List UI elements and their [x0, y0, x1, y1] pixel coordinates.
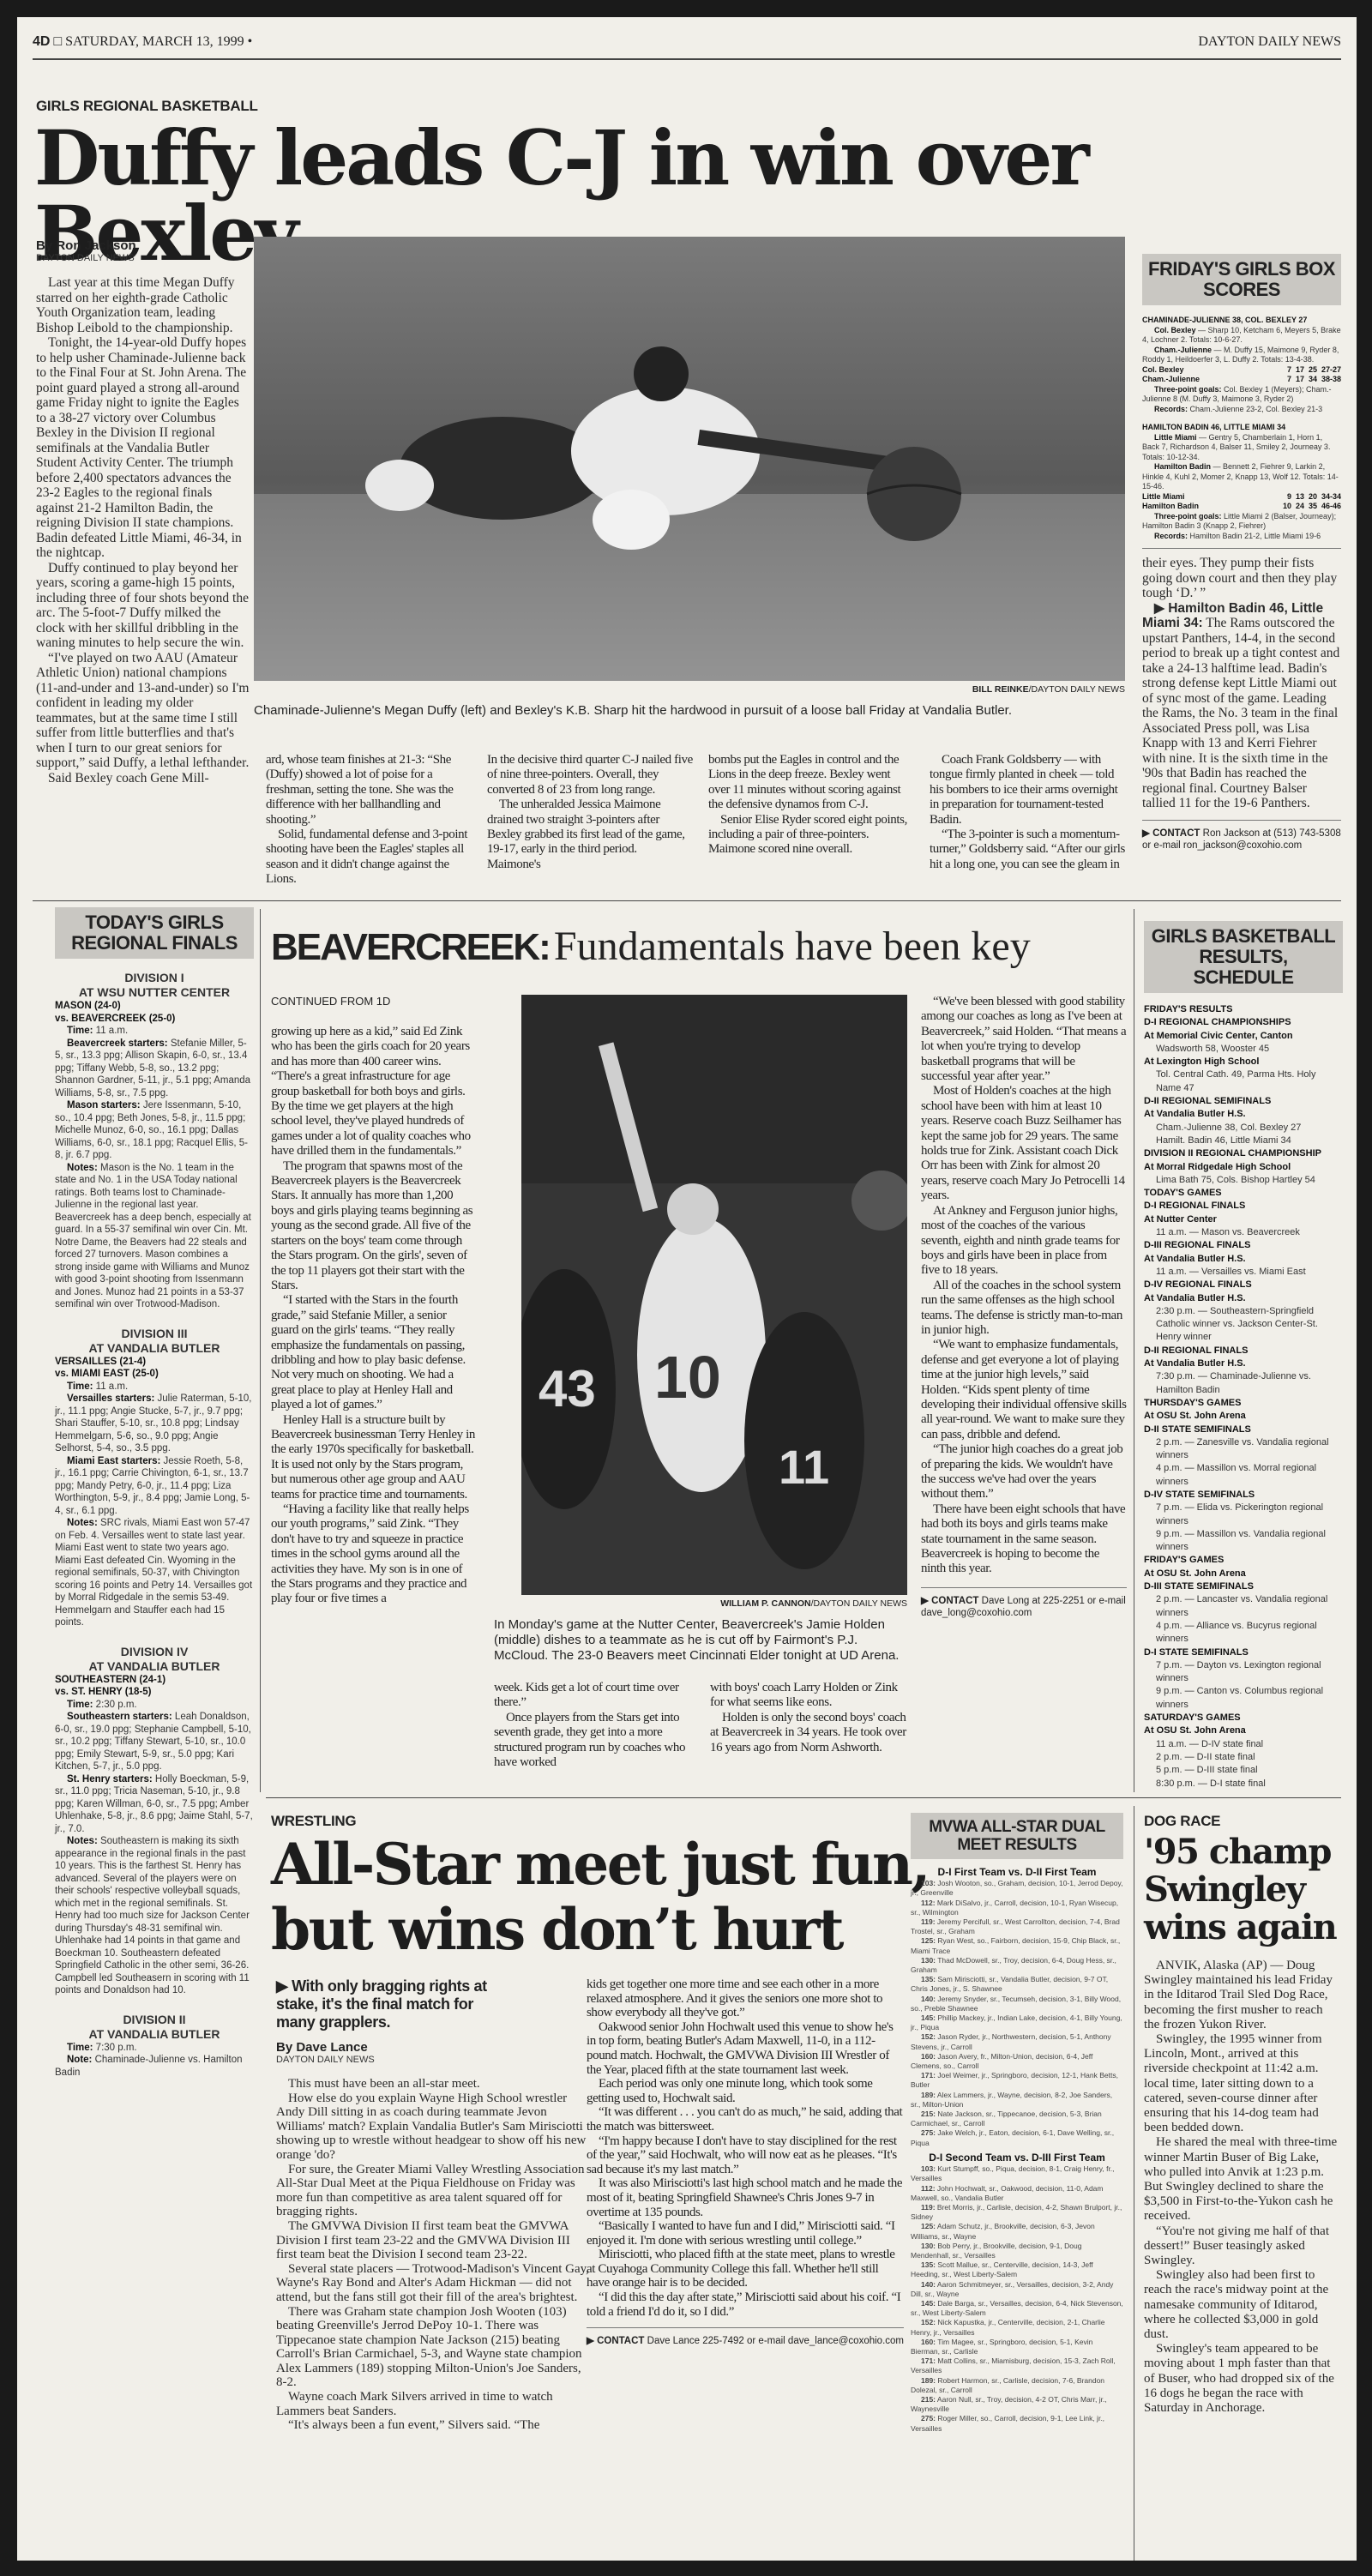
paragraph: “We've been blessed with good stability … — [921, 995, 1127, 1084]
paragraph: “I did this the day after state,” Mirisc… — [587, 2290, 904, 2319]
schedule-entry: Cham.-Julienne 38, Col. Bexley 27 — [1144, 1122, 1343, 1135]
bout-text: Bret Morris, jr., Carlisle, decision, 4-… — [911, 2203, 1122, 2221]
weight-class: 171: — [921, 2071, 936, 2079]
division-i-preview: DIVISION I AT WSU NUTTER CENTER MASON (2… — [55, 971, 254, 1311]
bout-text: Ryan West, so., Fairborn, decision, 15-9… — [911, 1936, 1120, 1954]
continued-from: CONTINUED FROM 1D — [271, 995, 477, 1008]
wrestling-col-2: kids get together one more time and see … — [587, 1977, 904, 2347]
photographer-name: BILL REINKE — [972, 684, 1029, 695]
beavercreek-col-4: “We've been blessed with good stability … — [921, 995, 1127, 1619]
starters-label: Southeastern starters: — [67, 1712, 172, 1722]
svg-text:10: 10 — [654, 1344, 721, 1411]
weight-class: 119: — [921, 1917, 936, 1926]
bout-result: 152: Jason Ryder, jr., Northwestern, dec… — [911, 2032, 1123, 2051]
wrestling-headline: All-Star meet just fun, but wins don’t h… — [271, 1832, 929, 1962]
paragraph: Coach Frank Goldsberry — with tongue fir… — [930, 753, 1127, 828]
weight-class: 140: — [921, 2280, 936, 2289]
paragraph: their eyes. They pump their fists going … — [1142, 556, 1341, 601]
paragraph: Last year at this time Megan Duffy starr… — [36, 275, 250, 335]
wrestling-agency: DAYTON DAILY NEWS — [276, 2055, 490, 2065]
time-label: Time: — [67, 1700, 93, 1710]
paragraph: ard, whose team finishes at 21-3: “She (… — [266, 753, 472, 828]
wrestling-kicker: WRESTLING — [271, 1813, 356, 1830]
bout-text: Jeremy Snyder, sr., Tecumseh, decision, … — [911, 1995, 1121, 2013]
page-number: 4D — [33, 34, 50, 49]
paragraph: growing up here as a kid,” said Ed Zink … — [271, 1025, 477, 1159]
divider — [1142, 548, 1341, 549]
weight-class: 171: — [921, 2356, 936, 2365]
lead-contact: ▶ CONTACT Ron Jackson at (513) 743-5308 … — [1142, 828, 1341, 852]
triangle-bullet-icon: ▶ — [921, 1596, 929, 1606]
venue: AT WSU NUTTER CENTER — [55, 985, 254, 1000]
paragraph: The GMVWA Division II first team beat th… — [276, 2219, 593, 2262]
schedule-heading: At Vandalia Butler H.S. — [1144, 1108, 1343, 1121]
paragraph: “Basically I wanted to have fun and I di… — [587, 2219, 904, 2248]
triangle-bullet-icon: ▶ — [587, 2336, 594, 2346]
schedule-entry: Tol. Central Cath. 49, Parma Hts. Holy N… — [1144, 1068, 1343, 1095]
lead-col-1-body: Last year at this time Megan Duffy starr… — [36, 275, 250, 785]
bout-result: 140: Aaron Schmitmeyer, sr., Versailles,… — [911, 2280, 1123, 2299]
beavercreek-col-3: with boys' coach Larry Holden or Zink fo… — [710, 1681, 907, 1755]
bout-result: 119: Bret Morris, jr., Carlisle, decisio… — [911, 2203, 1123, 2222]
schedule-heading: D-II REGIONAL SEMIFINALS — [1144, 1095, 1343, 1108]
weight-class: 140: — [921, 1995, 936, 2003]
weight-class: 135: — [921, 1975, 936, 1983]
regional-finals-title: TODAY'S GIRLS REGIONAL FINALS — [55, 907, 254, 959]
team-1: SOUTHEASTERN (24-1) — [55, 1674, 254, 1687]
schedule-entry: 7 p.m. — Elida vs. Pickerington regional… — [1144, 1502, 1343, 1528]
paragraph: Senior Elise Ryder scored eight points, … — [708, 813, 914, 858]
paragraph: Several state placers — Trotwood-Madison… — [276, 2262, 593, 2305]
weight-class: 130: — [921, 2242, 936, 2250]
weight-class: 103: — [921, 2164, 936, 2173]
dog-race-kicker: DOG RACE — [1144, 1813, 1341, 1830]
team-name: Col. Bexley — [1154, 326, 1196, 334]
schedule-heading: At Vandalia Butler H.S. — [1144, 1253, 1343, 1266]
subhead-body: The Rams outscored the upstart Panthers,… — [1142, 616, 1339, 810]
paper-name: DAYTON DAILY NEWS — [1198, 34, 1341, 50]
dog-race-body: ANVIK, Alaska (AP) — Doug Swingley maint… — [1144, 1959, 1341, 2416]
bout-text: John Hochwalt, sr., Oakwood, decision, 1… — [911, 2184, 1103, 2202]
schedule-heading: D-III STATE SEMIFINALS — [1144, 1580, 1343, 1593]
game-headline: HAMILTON BADIN 46, LITTLE MIAMI 34 — [1142, 423, 1341, 433]
bout-text: Jason Ryder, jr., Northwestern, decision… — [911, 2032, 1111, 2050]
division-name: DIVISION II — [55, 2013, 254, 2027]
paragraph: Each period was only one minute long, wh… — [587, 2077, 904, 2105]
bout-result: 275: Roger Miller, so., Carroll, decisio… — [911, 2414, 1123, 2433]
quarter-scores: 9 13 20 34-34 — [1287, 492, 1341, 503]
venue: AT VANDALIA BUTLER — [55, 1341, 254, 1356]
paragraph: Duffy continued to play beyond her years… — [36, 561, 250, 651]
photographer-name: WILLIAM P. CANNON — [720, 1598, 810, 1609]
paragraph: “I've played on two AAU (Amateur Athleti… — [36, 651, 250, 771]
team-2: vs. MIAMI EAST (25-0) — [55, 1368, 254, 1381]
game-time: 7:30 p.m. — [96, 2043, 137, 2053]
bout-text: Phillip Mackey, jr., Indian Lake, decisi… — [911, 2013, 1122, 2031]
schedule-entry: 7:30 p.m. — Chaminade-Julienne vs. Hamil… — [1144, 1370, 1343, 1397]
starters-label: Mason starters: — [67, 1100, 141, 1110]
paragraph: with boys' coach Larry Holden or Zink fo… — [710, 1681, 907, 1711]
paragraph: bombs put the Eagles in control and the … — [708, 753, 914, 813]
section-rule — [33, 900, 1341, 901]
bout-text: Sam Mirisciotti, sr., Vandalia Butler, d… — [911, 1975, 1108, 1993]
box-scores-title: FRIDAY'S GIRLS BOX SCORES — [1142, 254, 1341, 305]
contact-label: CONTACT — [1152, 828, 1200, 839]
bout-text: Aaron Schmitmeyer, sr., Versailles, deci… — [911, 2280, 1113, 2298]
schedule-entry: 11 a.m. — D-IV state final — [1144, 1738, 1343, 1751]
wrestling-deck: ▶ With only bragging rights at stake, it… — [276, 1977, 490, 2065]
paragraph: “It was different . . . you can't do as … — [587, 2105, 904, 2134]
bout-result: 171: Matt Collins, sr., Miamisburg, deci… — [911, 2356, 1123, 2375]
triangle-bullet-icon: ▶ — [1154, 601, 1164, 616]
lead-photo-caption: Chaminade-Julienne's Megan Duffy (left) … — [254, 703, 1125, 719]
starters-label: Beavercreek starters: — [67, 1038, 168, 1049]
weight-class: 215: — [921, 2110, 936, 2118]
column-rule — [1134, 909, 1134, 1792]
schedule-entry: 5 p.m. — D-III state final — [1144, 1764, 1343, 1777]
schedule-entry: 4 p.m. — Massillon vs. Morral regional w… — [1144, 1462, 1343, 1489]
weight-class: 103: — [921, 1879, 936, 1887]
paragraph: All of the coaches in the school system … — [921, 1279, 1127, 1339]
paragraph: Once players from the Stars get into sev… — [494, 1711, 691, 1771]
schedule-entry: 8:30 p.m. — D-I state final — [1144, 1778, 1343, 1791]
weight-class: 160: — [921, 2338, 936, 2346]
schedule-entry: 2 p.m. — Zanesville vs. Vandalia regiona… — [1144, 1436, 1343, 1463]
team-name: Hamilton Badin — [1142, 502, 1199, 512]
paragraph: Swingley also had been first to reach th… — [1144, 2268, 1341, 2342]
notes-label: Notes: — [67, 1518, 98, 1528]
team-name: Col. Bexley — [1142, 365, 1184, 376]
bout-result: 145: Phillip Mackey, jr., Indian Lake, d… — [911, 2013, 1123, 2032]
photographer-org: /DAYTON DAILY NEWS — [811, 1598, 907, 1609]
division-name: DIVISION III — [55, 1327, 254, 1341]
paragraph: kids get together one more time and see … — [587, 1977, 904, 2020]
paragraph: The program that spawns most of the Beav… — [271, 1159, 477, 1294]
paragraph: This must have been an all-star meet. — [276, 2077, 593, 2091]
schedule-heading: At Vandalia Butler H.S. — [1144, 1292, 1343, 1305]
dot-icon: • — [248, 34, 253, 49]
paragraph: Swingley's team appeared to be moving ab… — [1144, 2342, 1341, 2416]
paragraph: At Ankney and Ferguson junior highs, mos… — [921, 1204, 1127, 1279]
wrestling-col-1: This must have been an all-star meet. Ho… — [276, 2077, 593, 2433]
photographer-org: /DAYTON DAILY NEWS — [1029, 684, 1125, 695]
note-label: Note: — [67, 2055, 92, 2065]
stat-label: Records: — [1154, 532, 1188, 540]
paragraph: week. Kids get a lot of court time over … — [494, 1681, 691, 1711]
lead-col-4: bombs put the Eagles in control and the … — [708, 753, 914, 858]
bout-result: 215: Aaron Null, sr., Troy, decision, 4-… — [911, 2395, 1123, 2414]
paragraph: ANVIK, Alaska (AP) — Doug Swingley maint… — [1144, 1959, 1341, 2032]
contact-text[interactable]: Dave Lance 225-7492 or e-mail dave_lance… — [647, 2336, 904, 2346]
results-schedule: GIRLS BASKETBALL RESULTS, SCHEDULE FRIDA… — [1144, 921, 1343, 1791]
mvwa-bout-list: D-I First Team vs. D-II First Team103: J… — [911, 1868, 1123, 2434]
team-name: Little Miami — [1154, 433, 1197, 442]
bout-result: 152: Nick Kapustka, jr., Centerville, de… — [911, 2318, 1123, 2337]
section-rule — [266, 1797, 1341, 1798]
bout-result: 112: John Hochwalt, sr., Oakwood, decisi… — [911, 2184, 1123, 2203]
stat-label: Records: — [1154, 405, 1188, 413]
column-rule — [260, 909, 261, 1792]
bout-result: 145: Dale Barga, sr., Versailles, decisi… — [911, 2299, 1123, 2318]
bout-text: Nate Jackson, sr., Tippecanoe, decision,… — [911, 2110, 1102, 2128]
paragraph: Holden is only the second boys' coach at… — [710, 1711, 907, 1755]
box-scores: FRIDAY'S GIRLS BOX SCORES CHAMINADE-JULI… — [1142, 254, 1341, 852]
weight-class: 125: — [921, 2222, 936, 2230]
column-rule — [1134, 1806, 1134, 2561]
weight-class: 125: — [921, 1936, 936, 1945]
bout-text: Alex Lammers, jr., Wayne, decision, 8-2,… — [911, 2091, 1112, 2109]
wrestling-contact: ▶ CONTACT Dave Lance 225-7492 or e-mail … — [587, 2335, 904, 2347]
bout-text: Nick Kapustka, jr., Centerville, decisio… — [911, 2318, 1105, 2336]
basketball-game-photo-icon: 43 10 11 — [521, 995, 907, 1595]
notes-label: Notes: — [67, 1163, 98, 1173]
mvwa-title: MVWA ALL-STAR DUAL MEET RESULTS — [911, 1813, 1123, 1859]
paragraph: He shared the meal with three-time winne… — [1144, 2135, 1341, 2224]
contact-label: CONTACT — [931, 1596, 978, 1606]
beavercreek-photo: 43 10 11 — [521, 995, 907, 1595]
bout-result: 275: Jake Welch, jr., Eaton, decision, 6… — [911, 2128, 1123, 2147]
weight-class: 152: — [921, 2318, 936, 2326]
divider — [1142, 820, 1341, 821]
weight-class: 145: — [921, 2013, 936, 2022]
weight-class: 135: — [921, 2260, 936, 2269]
bout-result: 140: Jeremy Snyder, sr., Tecumseh, decis… — [911, 1995, 1123, 2013]
schedule-heading: TODAY'S GAMES — [1144, 1187, 1343, 1200]
schedule-entry: Lima Bath 75, Cols. Bishop Hartley 54 — [1144, 1174, 1343, 1187]
dog-race-headline: '95 champ Swingley wins again — [1144, 1833, 1341, 1947]
venue: AT VANDALIA BUTLER — [55, 2027, 254, 2042]
paragraph: “You're not giving me half of that desse… — [1144, 2224, 1341, 2269]
schedule-heading: D-IV STATE SEMIFINALS — [1144, 1489, 1343, 1502]
schedule-heading: At Morral Ridgedale High School — [1144, 1161, 1343, 1174]
bout-text: Tim Magee, sr., Springboro, decision, 5-… — [911, 2338, 1092, 2356]
paragraph: “Having a facility like that really help… — [271, 1502, 477, 1607]
lead-col-6: their eyes. They pump their fists going … — [1142, 556, 1341, 811]
beavercreek-photo-credit: WILLIAM P. CANNON/DAYTON DAILY NEWS — [521, 1598, 907, 1609]
schedule-entry: 9 p.m. — Massillon vs. Vandalia regional… — [1144, 1528, 1343, 1555]
weight-class: 160: — [921, 2052, 936, 2061]
folio-date: SATURDAY, MARCH 13, 1999 — [65, 34, 244, 49]
bout-text: Jake Welch, jr., Eaton, decision, 6-1, D… — [911, 2128, 1114, 2146]
lead-photo — [254, 237, 1125, 681]
paragraph: Solid, fundamental defense and 3-point s… — [266, 828, 472, 888]
box-score-game-1: CHAMINADE-JULIENNE 38, COL. BEXLEY 27 Co… — [1142, 316, 1341, 414]
bout-result: 135: Scott Mallue, sr., Centerville, dec… — [911, 2260, 1123, 2279]
schedule-entry: 2:30 p.m. — Southeastern-Springfield Cat… — [1144, 1305, 1343, 1345]
division-iv-preview: DIVISION IV AT VANDALIA BUTLER SOUTHEAST… — [55, 1645, 254, 1997]
dual-meet-heading: D-I First Team vs. D-II First Team — [911, 1868, 1123, 1877]
paragraph: There was Graham state champion Josh Woo… — [276, 2305, 593, 2391]
starters-label: Versailles starters: — [67, 1393, 154, 1404]
paragraph: Oakwood senior John Hochwalt used this v… — [587, 2020, 904, 2077]
schedule-heading: At Lexington High School — [1144, 1056, 1343, 1068]
schedule-entry: Wadsworth 58, Wooster 45 — [1144, 1043, 1343, 1056]
schedule-title: GIRLS BASKETBALL RESULTS, SCHEDULE — [1144, 921, 1343, 993]
game-time: 11 a.m. — [96, 1026, 129, 1036]
bout-result: 130: Thad McDowell, sr., Troy, decision,… — [911, 1956, 1123, 1975]
starters-label: St. Henry starters: — [67, 1774, 153, 1785]
team-1: VERSAILLES (21-4) — [55, 1356, 254, 1369]
beavercreek-photo-caption: In Monday's game at the Nutter Center, B… — [494, 1617, 909, 1664]
box-score-game-2: HAMILTON BADIN 46, LITTLE MIAMI 34 Littl… — [1142, 423, 1341, 541]
dual-meet-heading: D-I Second Team vs. D-III First Team — [911, 2153, 1123, 2163]
schedule-entry: 2 p.m. — D-II state final — [1144, 1751, 1343, 1764]
notes: Mason is the No. 1 team in the state and… — [55, 1163, 251, 1310]
bout-text: Matt Collins, sr., Miamisburg, decision,… — [911, 2356, 1116, 2374]
bout-text: Bob Perry, jr., Brookville, decision, 9-… — [911, 2242, 1081, 2260]
bout-result: 160: Tim Magee, sr., Springboro, decisio… — [911, 2338, 1123, 2356]
regional-finals: TODAY'S GIRLS REGIONAL FINALS DIVISION I… — [55, 907, 254, 2079]
bout-result: 130: Bob Perry, jr., Brookville, decisio… — [911, 2242, 1123, 2260]
lead-agency: DAYTON DAILY NEWS — [36, 253, 250, 263]
weight-class: 189: — [921, 2091, 936, 2099]
headline-kicker: BEAVERCREEK: — [271, 926, 550, 968]
paragraph: In the decisive third quarter C-J nailed… — [487, 753, 693, 797]
stat-label: Three-point goals: — [1154, 385, 1222, 394]
schedule-heading: D-III REGIONAL FINALS — [1144, 1239, 1343, 1252]
schedule-heading: At OSU St. John Arena — [1144, 1724, 1343, 1737]
team-2: vs. ST. HENRY (18-5) — [55, 1686, 254, 1699]
schedule-heading: D-IV REGIONAL FINALS — [1144, 1279, 1343, 1291]
contact-label: CONTACT — [597, 2336, 644, 2346]
deck-text: With only bragging rights at stake, it's… — [276, 1977, 487, 2031]
weight-class: 119: — [921, 2203, 936, 2212]
schedule-entry: 11 a.m. — Versailles vs. Miami East — [1144, 1266, 1343, 1279]
division-ii-preview: DIVISION II AT VANDALIA BUTLER Time: 7:3… — [55, 2013, 254, 2079]
beavercreek-col-1: CONTINUED FROM 1D growing up here as a k… — [271, 995, 477, 1607]
headline-text: Fundamentals have been key — [554, 924, 1031, 969]
starters-label: Miami East starters: — [67, 1456, 160, 1466]
paragraph: Said Bexley coach Gene Mill- — [36, 771, 250, 786]
records: Hamilton Badin 21-2, Little Miami 19-6 — [1190, 532, 1321, 540]
bout-text: Aaron Null, sr., Troy, decision, 4-2 OT,… — [911, 2395, 1107, 2413]
schedule-heading: D-II REGIONAL FINALS — [1144, 1345, 1343, 1357]
bout-result: 119: Jeremy Percifull, sr., West Carroll… — [911, 1917, 1123, 1936]
basketball-players-photo-icon — [254, 237, 1125, 681]
schedule-heading: SATURDAY'S GAMES — [1144, 1712, 1343, 1724]
bout-text: Roger Miller, so., Carroll, decision, 9-… — [911, 2414, 1104, 2432]
records: Cham.-Julienne 23-2, Col. Bexley 21-3 — [1190, 405, 1323, 413]
paragraph: “I started with the Stars in the fourth … — [271, 1293, 477, 1412]
triangle-bullet-icon: ▶ — [276, 1977, 287, 1995]
bout-result: 160: Jason Avery, fr., Milton-Union, dec… — [911, 2052, 1123, 2071]
divider — [587, 2327, 904, 2328]
schedule-heading: At Memorial Civic Center, Canton — [1144, 1030, 1343, 1043]
bout-result: 125: Adam Schutz, jr., Brookville, decis… — [911, 2222, 1123, 2241]
team-name: Hamilton Badin — [1154, 462, 1211, 471]
bout-text: Jeremy Percifull, sr., West Carrollton, … — [911, 1917, 1120, 1935]
schedule-heading: D-I REGIONAL CHAMPIONSHIPS — [1144, 1016, 1343, 1029]
quarter-scores: 7 17 25 27-27 — [1287, 365, 1341, 376]
beavercreek-contact: ▶ CONTACT Dave Long at 225-2251 or e-mai… — [921, 1595, 1127, 1619]
team-1: MASON (24-0) — [55, 1000, 254, 1013]
paragraph: Henley Hall is a structure built by Beav… — [271, 1413, 477, 1502]
schedule-heading: FRIDAY'S GAMES — [1144, 1554, 1343, 1567]
svg-text:43: 43 — [539, 1360, 596, 1417]
bout-text: Joel Weimer, jr., Springboro, decision, … — [911, 2071, 1118, 2089]
game-time: 11 a.m. — [96, 1381, 129, 1392]
paragraph: Wayne coach Mark Silvers arrived in time… — [276, 2390, 593, 2418]
paragraph: “The 3-pointer is such a momentum-turner… — [930, 828, 1127, 872]
paragraph: It was also Mirisciotti's last high scho… — [587, 2176, 904, 2219]
weight-class: 152: — [921, 2032, 936, 2041]
schedule-entry: Hamilt. Badin 46, Little Miami 34 — [1144, 1135, 1343, 1147]
team-2: vs. BEAVERCREEK (25-0) — [55, 1013, 254, 1026]
bout-text: Robert Harmon, sr., Carlisle, decision, … — [911, 2376, 1104, 2394]
divider — [921, 1587, 1127, 1588]
bout-text: Jason Avery, fr., Milton-Union, decision… — [911, 2052, 1092, 2070]
schedule-heading: THURSDAY'S GAMES — [1144, 1397, 1343, 1410]
schedule-entry: 4 p.m. — Alliance vs. Bucyrus regional w… — [1144, 1620, 1343, 1646]
time-label: Time: — [67, 2043, 93, 2053]
time-label: Time: — [67, 1026, 93, 1036]
paragraph: Most of Holden's coaches at the high sch… — [921, 1084, 1127, 1203]
lead-col-3: In the decisive third quarter C-J nailed… — [487, 753, 693, 872]
weight-class: 145: — [921, 2299, 936, 2308]
paragraph: The unheralded Jessica Maimone drained t… — [487, 797, 693, 872]
beavercreek-col-2: week. Kids get a lot of court time over … — [494, 1681, 691, 1770]
schedule-entry: 9 p.m. — Canton vs. Columbus regional wi… — [1144, 1685, 1343, 1712]
schedule-heading: D-I REGIONAL FINALS — [1144, 1200, 1343, 1213]
weight-class: 275: — [921, 2414, 936, 2423]
dog-race-story: DOG RACE '95 champ Swingley wins again A… — [1144, 1813, 1341, 2416]
weight-class: 130: — [921, 1956, 936, 1965]
lead-byline: By Ron Jackson — [36, 238, 250, 253]
quarter-scores: 7 17 34 38-38 — [1287, 375, 1341, 385]
paragraph: Tonight, the 14-year-old Duffy hopes to … — [36, 335, 250, 561]
schedule-heading: At Nutter Center — [1144, 1213, 1343, 1226]
lead-photo-credit: BILL REINKE/DAYTON DAILY NEWS — [254, 684, 1125, 695]
lead-col-2: ard, whose team finishes at 21-3: “She (… — [266, 753, 472, 888]
lead-kicker: GIRLS REGIONAL BASKETBALL — [36, 98, 258, 115]
bout-text: Josh Wooton, so., Graham, decision, 10-1… — [911, 1879, 1122, 1897]
venue: AT VANDALIA BUTLER — [55, 1659, 254, 1674]
bout-result: 171: Joel Weimer, jr., Springboro, decis… — [911, 2071, 1123, 2090]
schedule-heading: D-II STATE SEMIFINALS — [1144, 1423, 1343, 1436]
paragraph: There have been eight schools that have … — [921, 1502, 1127, 1577]
team-name: Little Miami — [1142, 492, 1185, 503]
paragraph: “We want to emphasize fundamentals, defe… — [921, 1338, 1127, 1442]
schedule-heading: At OSU St. John Arena — [1144, 1410, 1343, 1423]
quarter-scores: 10 24 35 46-46 — [1283, 502, 1341, 512]
lead-col-5: Coach Frank Goldsberry — with tongue fir… — [930, 753, 1127, 872]
bout-result: 112: Mark DiSalvo, jr., Carroll, decisio… — [911, 1899, 1123, 1917]
paragraph: Swingley, the 1995 winner from Lincoln, … — [1144, 2032, 1341, 2135]
weight-class: 112: — [921, 1899, 936, 1907]
division-iii-preview: DIVISION III AT VANDALIA BUTLER VERSAILL… — [55, 1327, 254, 1629]
square-bullet-icon: □ — [53, 34, 62, 49]
notes: Southeastern is making its sixth appeara… — [55, 1836, 250, 1995]
schedule-list: FRIDAY'S RESULTSD-I REGIONAL CHAMPIONSHI… — [1144, 1003, 1343, 1791]
schedule-heading: DIVISION II REGIONAL CHAMPIONSHIP — [1144, 1147, 1343, 1160]
schedule-entry: 2 p.m. — Lancaster vs. Vandalia regional… — [1144, 1593, 1343, 1620]
mvwa-results: MVWA ALL-STAR DUAL MEET RESULTS D-I Firs… — [911, 1813, 1123, 2434]
paragraph: How else do you explain Wayne High Schoo… — [276, 2091, 593, 2163]
team-name: Cham.-Julienne — [1142, 375, 1200, 385]
beavercreek-headline: BEAVERCREEK: Fundamentals have been key — [271, 923, 1031, 970]
division-name: DIVISION I — [55, 971, 254, 985]
schedule-heading: D-I STATE SEMIFINALS — [1144, 1646, 1343, 1659]
bout-text: Scott Mallue, sr., Centerville, decision… — [911, 2260, 1093, 2278]
svg-text:11: 11 — [779, 1440, 829, 1494]
newspaper-page: 4D □ SATURDAY, MARCH 13, 1999 • DAYTON D… — [17, 17, 1357, 2561]
schedule-entry: 11 a.m. — Mason vs. Beavercreek — [1144, 1226, 1343, 1239]
notes-label: Notes: — [67, 1836, 98, 1846]
stat-label: Three-point goals: — [1154, 512, 1222, 521]
folio: 4D □ SATURDAY, MARCH 13, 1999 • — [33, 34, 252, 50]
bout-text: Mark DiSalvo, jr., Carroll, decision, 10… — [911, 1899, 1118, 1917]
headline-line: but wins don’t hurt — [271, 1897, 929, 1962]
